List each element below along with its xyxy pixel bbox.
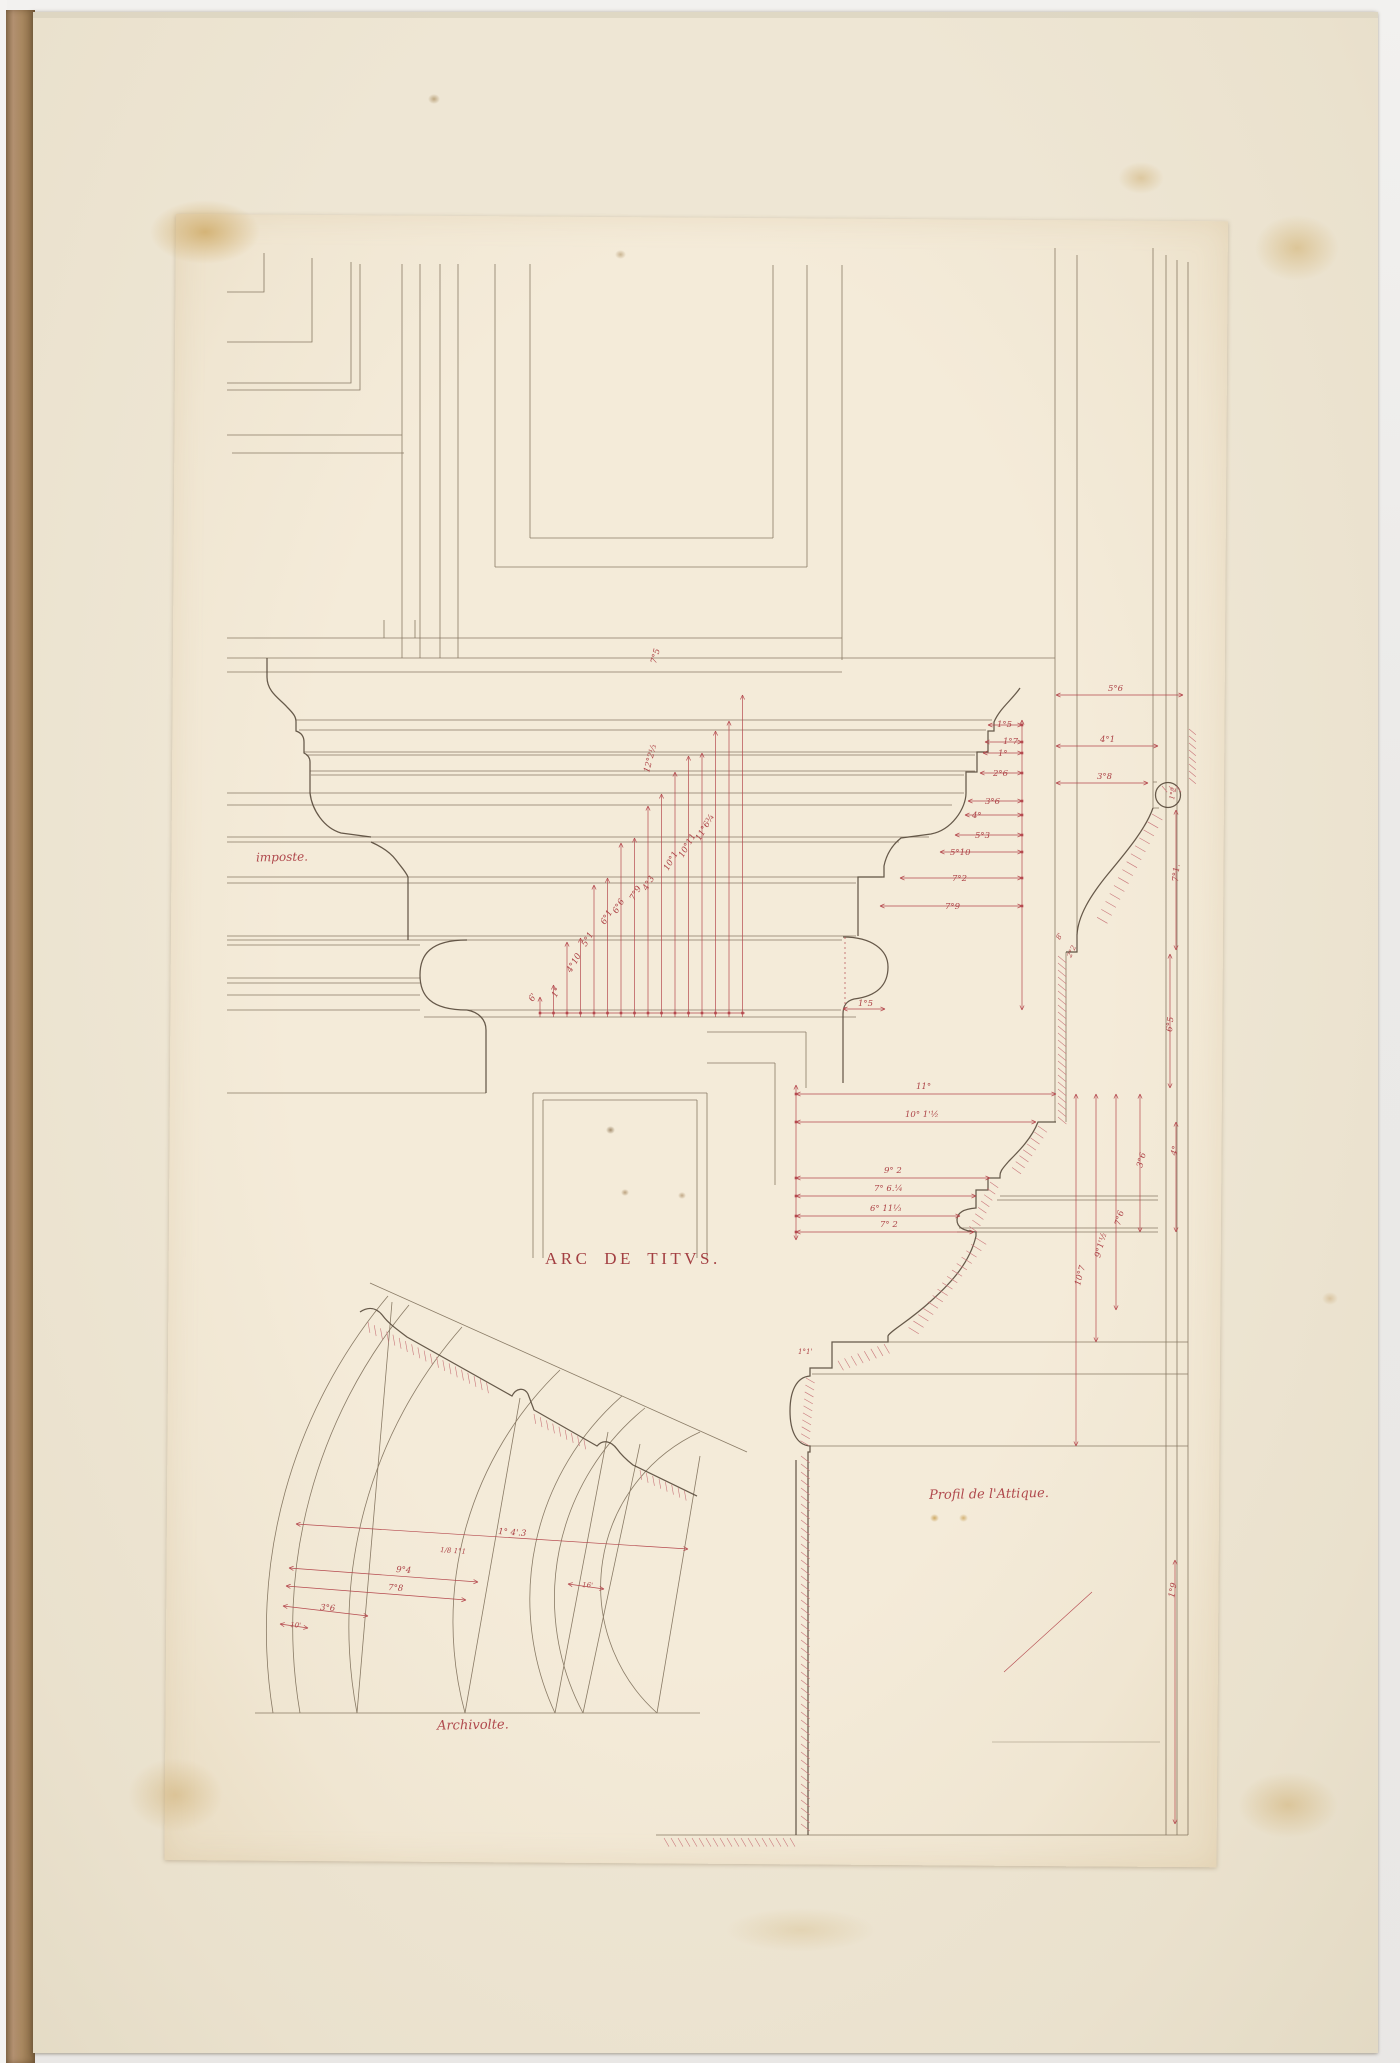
- scanned-album-photograph: { "plate": { "title": "ARC DE TITVS.", "…: [0, 0, 1400, 2063]
- dimension-text: 4°: [971, 811, 982, 821]
- dimension-text: 7°9: [945, 902, 961, 912]
- dimension-text: 7°6: [1113, 1209, 1127, 1227]
- dimension-text: 1°7: [1003, 737, 1019, 747]
- dimension-text: 6° 11⅓: [870, 1204, 901, 1214]
- dimension-text: 10': [290, 1621, 301, 1630]
- dimension-text: 7°5: [649, 648, 663, 665]
- ink-linework: [227, 248, 1188, 1835]
- dimension-text: 1°5: [997, 720, 1012, 730]
- dimension-text: 5°6: [1108, 684, 1124, 694]
- dimension-text: 4°: [1169, 1145, 1181, 1158]
- dimension-text: 1°1': [798, 1348, 812, 1356]
- dimension-text: 6°5: [1165, 1016, 1176, 1032]
- label-profil-attique: Profil de l'Attique.: [929, 1486, 1049, 1503]
- dimension-text: 7°8: [388, 1583, 404, 1594]
- plate-title: ARC DE TITVS.: [545, 1249, 721, 1269]
- dimension-text: 3°6: [320, 1603, 336, 1614]
- dimension-text: 12°2⅓: [642, 743, 659, 773]
- dimension-text: 10° 1'½: [905, 1109, 939, 1120]
- dimension-text: 11°: [916, 1082, 931, 1092]
- dimension-text: 9°1'½: [1092, 1231, 1109, 1259]
- label-imposte: imposte.: [256, 850, 308, 865]
- label-archivolte: Archivolte.: [437, 1717, 509, 1733]
- dimension-text: 1/8 1°1: [440, 1546, 466, 1556]
- dimension-text: 9°4: [396, 1565, 412, 1576]
- dimension-text: 6°6: [611, 897, 627, 916]
- red-dimension-lines: [280, 693, 1183, 1824]
- dimension-text: 7°2: [952, 874, 967, 884]
- dimension-text: 1° 4'.3: [498, 1527, 527, 1539]
- dimension-text: 5°10: [950, 848, 971, 858]
- dimension-labels: 6'1°4°105°16°16°67°94°310°110°1111°6¾12°…: [290, 648, 1183, 1630]
- dimension-text: 11°6¾: [693, 812, 717, 842]
- dimension-text: 8': [1055, 932, 1065, 941]
- dimension-text: 3°8: [1097, 772, 1113, 782]
- dimension-text: 1°5: [858, 999, 873, 1009]
- dimension-text: 5°3: [975, 831, 990, 841]
- dimension-text: 10°7: [1073, 1264, 1088, 1287]
- dimension-text: 7° 2: [880, 1220, 898, 1230]
- dimension-text: 4°10: [564, 951, 584, 975]
- dimension-text: 9° 2: [884, 1166, 902, 1176]
- profile-outlines: [267, 658, 1181, 1835]
- dimension-text: 1°: [998, 749, 1008, 759]
- red-hatching: [368, 729, 1196, 1847]
- dimension-text: 3°6: [1135, 1151, 1149, 1169]
- dimension-text: 1°9: [1167, 1581, 1180, 1598]
- architectural-drawing: 6'1°4°105°16°16°67°94°310°110°1111°6¾12°…: [0, 0, 1400, 2063]
- dimension-text: 3°6: [985, 797, 1001, 807]
- dimension-text: 2°6: [992, 769, 1009, 779]
- dimension-text: 4°1: [1099, 735, 1115, 745]
- dimension-text: 7° 6.¼: [874, 1183, 903, 1194]
- dimension-text: 7°1.: [1171, 864, 1183, 883]
- dimension-text: 16': [582, 1581, 593, 1590]
- dimension-text: 6': [527, 992, 540, 1004]
